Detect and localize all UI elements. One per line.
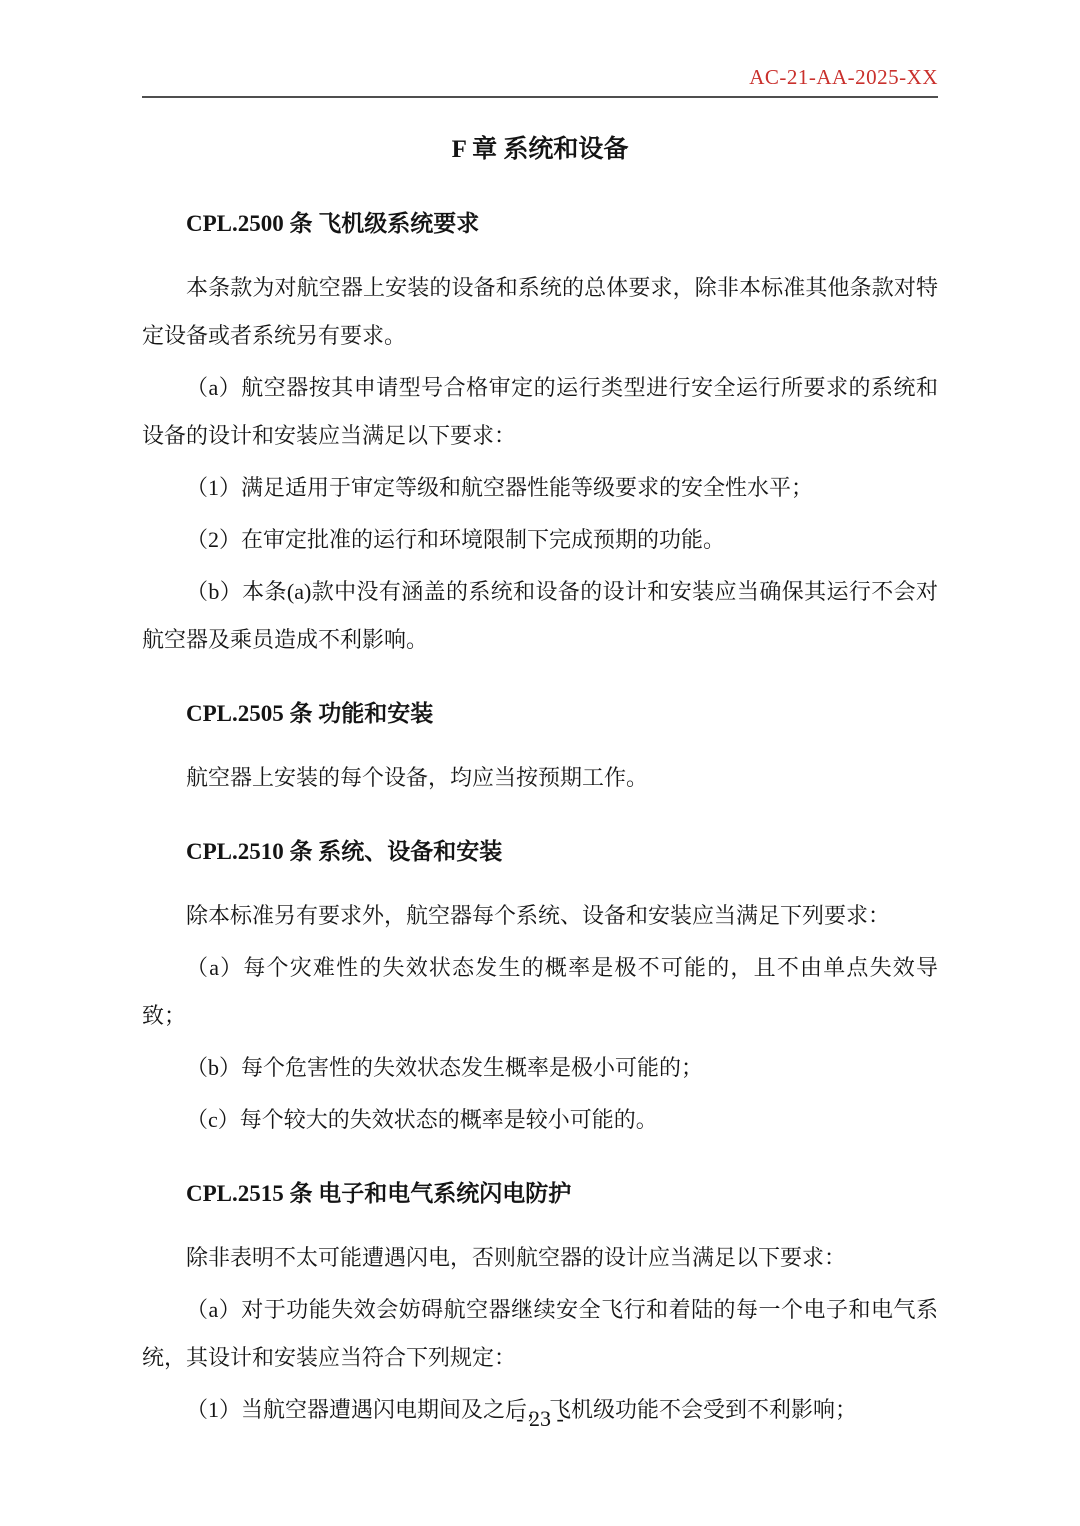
paragraph: （1）满足适用于审定等级和航空器性能等级要求的安全性水平； xyxy=(142,464,938,512)
paragraph: 本条款为对航空器上安装的设备和系统的总体要求，除非本标准其他条款对特定设备或者系… xyxy=(142,264,938,360)
section-cpl-2500: CPL.2500 条 飞机级系统要求 本条款为对航空器上安装的设备和系统的总体要… xyxy=(142,200,938,664)
doc-number: AC-21-AA-2025-XX xyxy=(749,64,938,96)
paragraph: 除非表明不太可能遭遇闪电，否则航空器的设计应当满足以下要求： xyxy=(142,1234,938,1282)
paragraph: （c）每个较大的失效状态的概率是较小可能的。 xyxy=(142,1096,938,1144)
document-body: F 章 系统和设备 CPL.2500 条 飞机级系统要求 本条款为对航空器上安装… xyxy=(142,126,938,1434)
paragraph: （2）在审定批准的运行和环境限制下完成预期的功能。 xyxy=(142,516,938,564)
document-page: AC-21-AA-2025-XX F 章 系统和设备 CPL.2500 条 飞机… xyxy=(0,0,1080,1526)
section-heading: CPL.2505 条 功能和安装 xyxy=(142,690,938,738)
section-cpl-2515: CPL.2515 条 电子和电气系统闪电防护 除非表明不太可能遭遇闪电，否则航空… xyxy=(142,1170,938,1434)
paragraph: 航空器上安装的每个设备，均应当按预期工作。 xyxy=(142,754,938,802)
section-cpl-2505: CPL.2505 条 功能和安装 航空器上安装的每个设备，均应当按预期工作。 xyxy=(142,690,938,802)
paragraph: （a）每个灾难性的失效状态发生的概率是极不可能的，且不由单点失效导致； xyxy=(142,944,938,1040)
chapter-title: F 章 系统和设备 xyxy=(142,126,938,174)
paragraph: （b）每个危害性的失效状态发生概率是极小可能的； xyxy=(142,1044,938,1092)
section-heading: CPL.2510 条 系统、设备和安装 xyxy=(142,828,938,876)
paragraph: （a）对于功能失效会妨碍航空器继续安全飞行和着陆的每一个电子和电气系统，其设计和… xyxy=(142,1286,938,1382)
section-cpl-2510: CPL.2510 条 系统、设备和安装 除本标准另有要求外，航空器每个系统、设备… xyxy=(142,828,938,1144)
paragraph: 除本标准另有要求外，航空器每个系统、设备和安装应当满足下列要求： xyxy=(142,892,938,940)
paragraph: （a）航空器按其申请型号合格审定的运行类型进行安全运行所要求的系统和设备的设计和… xyxy=(142,364,938,460)
page-header: AC-21-AA-2025-XX xyxy=(142,0,938,98)
section-heading: CPL.2515 条 电子和电气系统闪电防护 xyxy=(142,1170,938,1218)
paragraph: （b）本条(a)款中没有涵盖的系统和设备的设计和安装应当确保其运行不会对航空器及… xyxy=(142,568,938,664)
section-heading: CPL.2500 条 飞机级系统要求 xyxy=(142,200,938,248)
page-number: - 23 - xyxy=(0,1404,1080,1434)
